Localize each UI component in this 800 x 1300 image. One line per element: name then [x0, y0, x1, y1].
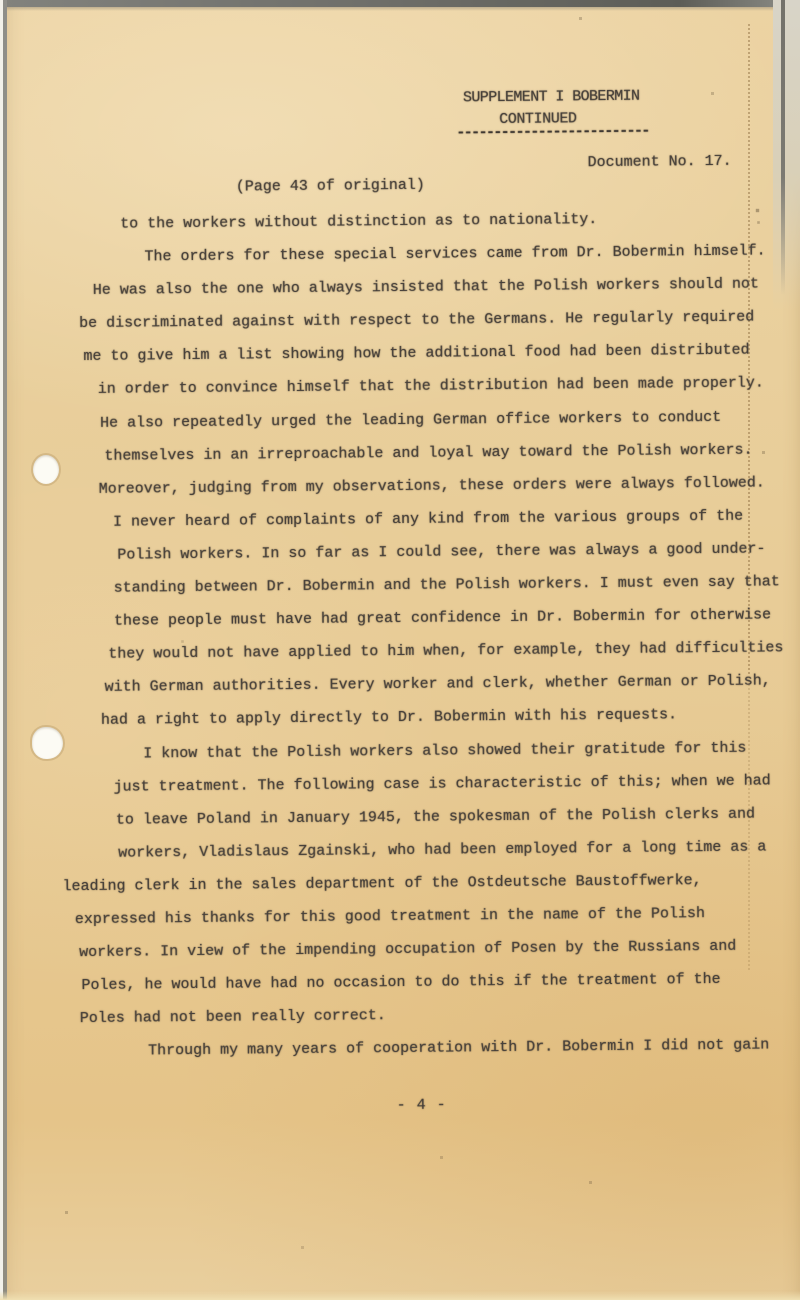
typed-layer: SUPPLEMENT I BOBERMIN CONTINUED --------…	[0, 0, 800, 1300]
ink-specks	[0, 0, 1, 1]
document-body: to the workers without distinction as to…	[76, 201, 794, 1068]
scanned-document: SUPPLEMENT I BOBERMIN CONTINUED --------…	[0, 0, 800, 1300]
header-underline: --------------------------	[456, 123, 649, 142]
page-reference: (Page 43 of original)	[236, 177, 425, 196]
page-number: - 4 -	[397, 1097, 447, 1114]
header-supplement-title: SUPPLEMENT I BOBERMIN	[463, 88, 640, 107]
document-number: Document No. 17.	[588, 153, 732, 171]
typed-line: Through my many years of cooperation wit…	[94, 1029, 794, 1069]
